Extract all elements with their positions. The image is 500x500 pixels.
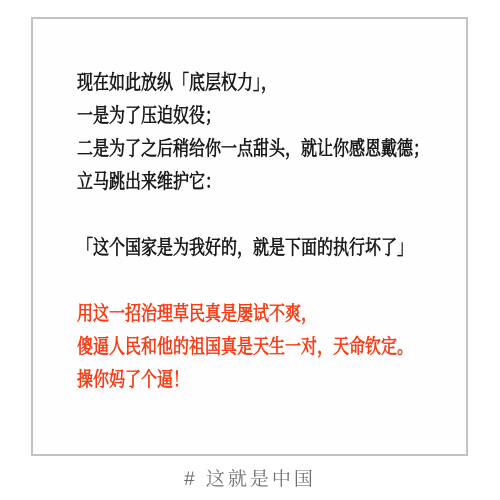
hashtag-caption[interactable]: # 这就是中国 xyxy=(0,464,500,491)
post-card: 现在如此放纵「底层权力」， 一是为了压迫奴役； 二是为了之后稍给你一点甜头，就让… xyxy=(0,0,500,500)
emphasis-text-line: 用这一招治理草民真是屡试不爽， xyxy=(77,298,429,331)
black-paragraph: 现在如此放纵「底层权力」， 一是为了压迫奴役； 二是为了之后稍给你一点甜头，就让… xyxy=(77,67,429,199)
post-text-line: 立马跳出来维护它： xyxy=(77,166,429,199)
post-image-frame: 现在如此放纵「底层权力」， 一是为了压迫奴役； 二是为了之后稍给你一点甜头，就让… xyxy=(31,17,468,456)
quote-line: 「这个国家是为我好的，就是下面的执行坏了」 xyxy=(77,232,429,265)
quote-paragraph: 「这个国家是为我好的，就是下面的执行坏了」 xyxy=(77,232,429,265)
emphasis-paragraph: 用这一招治理草民真是屡试不爽， 傻逼人民和他的祖国真是天生一对，天命钦定。 操你… xyxy=(77,298,429,397)
post-text-line: 现在如此放纵「底层权力」， xyxy=(77,67,429,100)
post-text-block: 现在如此放纵「底层权力」， 一是为了压迫奴役； 二是为了之后稍给你一点甜头，就让… xyxy=(77,67,429,397)
emphasis-text-line: 操你妈了个逼！ xyxy=(77,364,429,397)
emphasis-text-line: 傻逼人民和他的祖国真是天生一对，天命钦定。 xyxy=(77,331,429,364)
post-text-line: 一是为了压迫奴役； xyxy=(77,100,429,133)
post-text-line: 二是为了之后稍给你一点甜头，就让你感恩戴德； xyxy=(77,133,429,166)
